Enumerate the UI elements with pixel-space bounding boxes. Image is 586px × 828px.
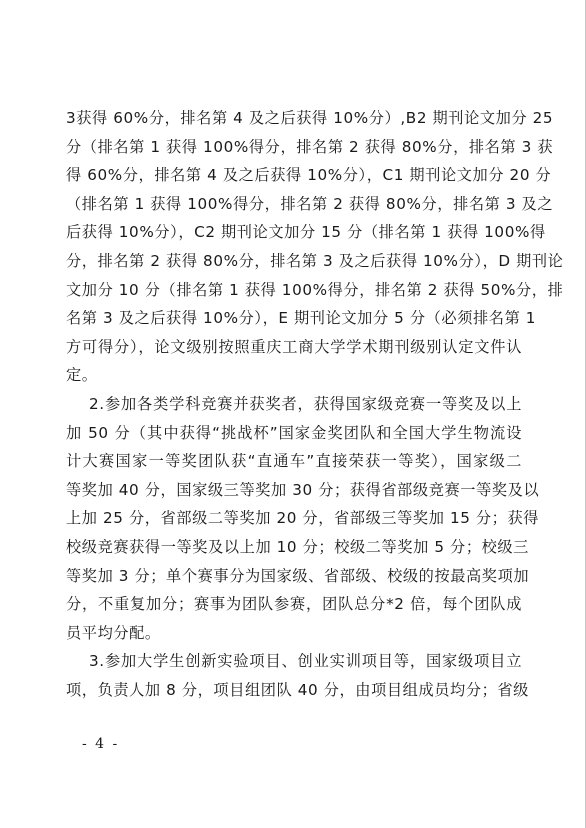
text-line: 文加分 10 分（排名第 1 获得 100%得分，排名第 2 获得 50%分，排 [66, 276, 522, 305]
text-line: 方可得分），论文级别按照重庆工商大学学术期刊级别认定文件认 [66, 333, 522, 362]
text-line: 分（排名第 1 获得 100%得分，排名第 2 获得 80%分，排名第 3 获 [66, 133, 522, 162]
text-line: 得 60%分，排名第 4 及之后获得 10%分），C1 期刊论文加分 20 分 [66, 161, 522, 190]
text-line: 分，不重复加分；赛事为团队参赛，团队总分*2 倍，每个团队成 [66, 590, 522, 619]
paragraph-start-line: 2.参加各类学科竞赛并获奖者，获得国家级竞赛一等奖及以上 [66, 390, 522, 419]
text-line: 员平均分配。 [66, 619, 522, 648]
text-line: 定。 [66, 361, 522, 390]
text-line: 后获得 10%分），C2 期刊论文加分 15 分（排名第 1 获得 100%得 [66, 218, 522, 247]
text-line: 校级竞赛获得一等奖及以上加 10 分；校级二等奖加 5 分；校级三 [66, 533, 522, 562]
text-line: 上加 25 分，省部级二等奖加 20 分，省部级三等奖加 15 分；获得 [66, 504, 522, 533]
text-line: 分，排名第 2 获得 80%分，排名第 3 及之后获得 10%分），D 期刊论 [66, 247, 522, 276]
text-line: 项，负责人加 8 分，项目组团队 40 分，由项目组成员均分；省级 [66, 676, 522, 705]
text-line: 名第 3 及之后获得 10%分），E 期刊论文加分 5 分（必须排名第 1 [66, 304, 522, 333]
text-line: （排名第 1 获得 100%得分，排名第 2 获得 80%分，排名第 3 及之 [66, 190, 522, 219]
text-line: 等奖加 3 分；单个赛事分为国家级、省部级、校级的按最高奖项加 [66, 562, 522, 591]
text-line: 加 50 分（其中获得“挑战杯”国家金奖团队和全国大学生物流设 [66, 419, 522, 448]
document-page: 3获得 60%分，排名第 4 及之后获得 10%分）,B2 期刊论文加分 25 … [0, 0, 586, 828]
page-number: - 4 - [82, 736, 119, 752]
text-line: 等奖加 40 分，国家级三等奖加 30 分；获得省部级竞赛一等奖及以 [66, 476, 522, 505]
body-text: 3获得 60%分，排名第 4 及之后获得 10%分）,B2 期刊论文加分 25 … [66, 104, 522, 704]
paragraph-start-line: 3.参加大学生创新实验项目、创业实训项目等，国家级项目立 [66, 647, 522, 676]
text-line: 计大赛国家一等奖团队获“直通车”直接荣获一等奖），国家级二 [66, 447, 522, 476]
text-line: 3获得 60%分，排名第 4 及之后获得 10%分）,B2 期刊论文加分 25 [66, 104, 522, 133]
